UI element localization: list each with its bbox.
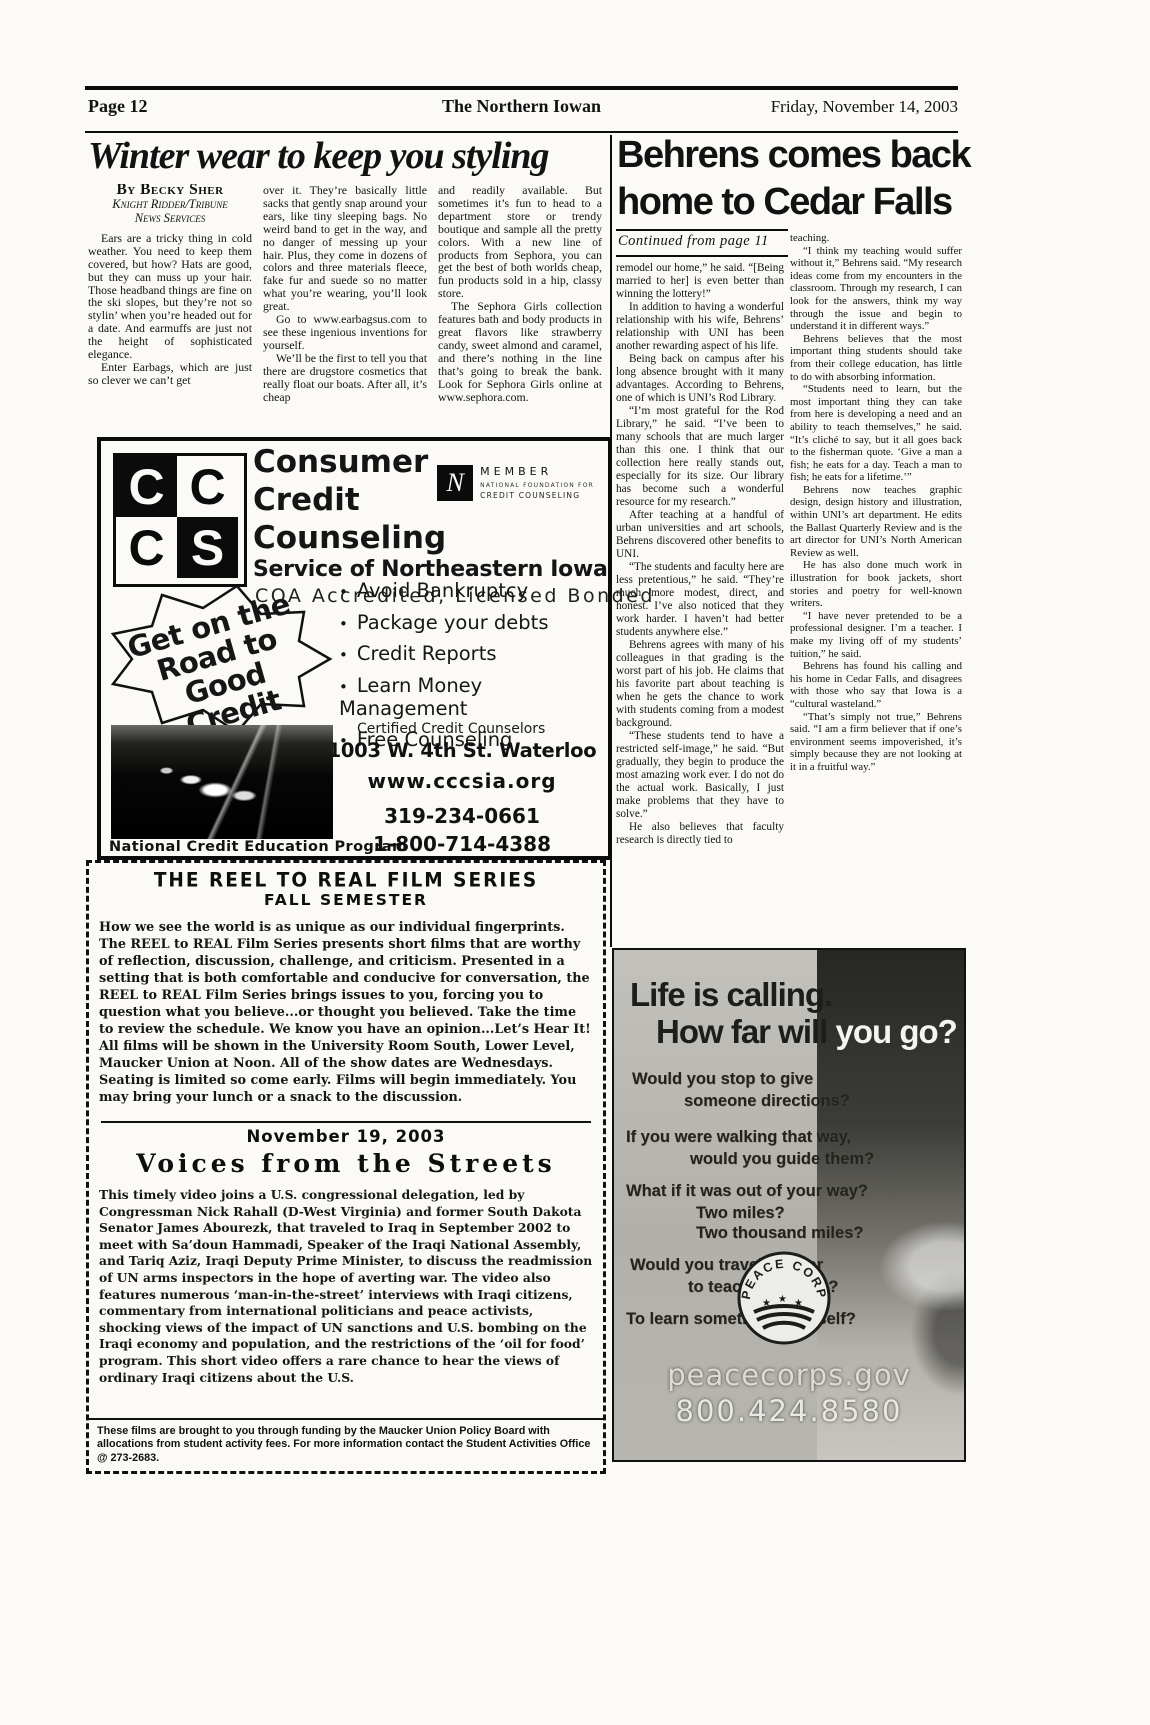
article-paragraph: teaching. — [790, 232, 962, 245]
continued-from-note: Continued from page 11 — [618, 233, 769, 250]
cccs-title-line1: Consumer — [253, 443, 446, 481]
article-paragraph: Enter Earbags, which are just so clever … — [88, 361, 252, 387]
film-series-divider — [101, 1121, 591, 1123]
winter-article-column-1: By Becky Sher Knight Ridder/Tribune News… — [88, 184, 252, 434]
article-paragraph: He has also done much work in illustrati… — [790, 559, 962, 609]
night-road-photo — [111, 725, 333, 839]
article-paragraph: “I think my teaching would suffer withou… — [790, 245, 962, 333]
peace-corps-url: peacecorps.gov — [614, 1358, 964, 1392]
cccs-title: Consumer Credit Counseling — [253, 443, 446, 557]
winter-article-column-2: over it. They’re basically little sacks … — [263, 184, 427, 434]
article-paragraph: Behrens agrees with many of his colleagu… — [616, 639, 784, 730]
article-paragraph: “These students tend to have a restricte… — [616, 730, 784, 821]
behrens-headline-line1: Behrens comes back — [617, 133, 970, 178]
behrens-article-column-2: teaching. “I think my teaching would suf… — [790, 232, 962, 946]
list-item: Credit Reports — [339, 642, 608, 665]
continued-rule-top — [616, 229, 788, 231]
article-paragraph: and readily available. But sometimes it’… — [438, 184, 602, 300]
article-paragraph: Go to www.earbagsus.com to see these ing… — [263, 313, 427, 352]
article-paragraph: Being back on campus after his long abse… — [616, 353, 784, 405]
cccs-phone-local: 319-234-0661 — [323, 804, 601, 828]
pc-question: Would you stop to give — [632, 1070, 813, 1089]
pc-question: Two thousand miles? — [696, 1224, 863, 1243]
list-item: Learn Money Management — [339, 674, 608, 720]
film-funding-note: These films are brought to you through f… — [89, 1418, 603, 1472]
pc-headline-light: you go? — [836, 1013, 957, 1050]
article-paragraph: In addition to having a wonderful relati… — [616, 301, 784, 353]
winter-article-headline: Winter wear to keep you styling — [88, 134, 549, 178]
cccs-logo: C C C S — [113, 453, 247, 587]
cccs-website: www.cccsia.org — [323, 769, 601, 793]
film-event-description: This timely video joins a U.S. congressi… — [99, 1187, 593, 1386]
certified-counselors-note: Certified Credit Counselors — [357, 721, 545, 737]
star-icon: ★ — [762, 1298, 771, 1309]
list-item: Package your debts — [339, 611, 608, 634]
cccs-logo-letter: C — [177, 456, 238, 517]
cccs-footer-label: National Credit Education Program — [109, 839, 407, 855]
nfcc-member-badge: N MEMBER NATIONAL FOUNDATION FOR CREDIT … — [437, 465, 594, 501]
article-paragraph: After teaching at a handful of urban uni… — [616, 509, 784, 561]
film-series-box: The REEL to REAL Film Series Fall Semest… — [86, 860, 606, 1474]
pc-headline-dark: How far will — [656, 1013, 836, 1050]
article-paragraph: Behrens now teaches graphic design, desi… — [790, 484, 962, 560]
pc-headline-line2: How far will you go? — [656, 1013, 957, 1051]
pc-headline-line1: Life is calling. — [630, 976, 832, 1014]
article-paragraph: Ears are a tricky thing in cold weather.… — [88, 232, 252, 361]
article-paragraph: over it. They’re basically little sacks … — [263, 184, 427, 313]
article-paragraph: “Students need to learn, but the most im… — [790, 383, 962, 484]
behrens-headline-line2: home to Cedar Falls — [617, 180, 952, 225]
byline: By Becky Sher — [88, 184, 252, 197]
article-paragraph: “I have never pretended to be a professi… — [790, 610, 962, 660]
member-label: MEMBER — [480, 465, 594, 478]
article-paragraph: He also believes that faculty research i… — [616, 821, 784, 847]
cccs-address: 1003 W. 4th St. Waterloo — [323, 739, 601, 762]
cccs-advertisement: C C C S Consumer Credit Counseling Servi… — [97, 437, 612, 860]
cccs-logo-letter: S — [177, 517, 238, 578]
peace-corps-phone: 800.424.8580 — [614, 1394, 964, 1428]
pc-question: would you guide them? — [690, 1150, 874, 1169]
list-item: Avoid Bankruptcy — [339, 579, 608, 602]
article-paragraph: remodel our home,” he said. “[Being marr… — [616, 262, 784, 301]
byline-block: By Becky Sher Knight Ridder/Tribune News… — [88, 184, 252, 225]
continued-rule-bottom — [616, 255, 788, 257]
nfcc-logo-icon: N — [437, 465, 473, 501]
newspaper-page: Page 12 The Northern Iowan Friday, Novem… — [0, 0, 1150, 1725]
film-event-date: November 19, 2003 — [89, 1127, 603, 1146]
star-icon: ★ — [794, 1298, 803, 1309]
film-event-title: Voices from the Streets — [89, 1149, 603, 1178]
article-paragraph: Behrens has found his calling and his ho… — [790, 660, 962, 710]
cccs-logo-letter: C — [116, 517, 177, 578]
article-paragraph: “I’m most grateful for the Rod Library,”… — [616, 405, 784, 509]
member-sub2: CREDIT COUNSELING — [480, 491, 594, 500]
header-rule-top — [85, 86, 958, 90]
film-series-title: The REEL to REAL Film Series — [89, 869, 603, 891]
film-series-intro: How we see the world is as unique as our… — [99, 919, 593, 1106]
peace-corps-logo: PEACE CORPS ★ ★ ★ — [736, 1250, 832, 1346]
article-paragraph: “That’s simply not true,” Behrens said. … — [790, 711, 962, 774]
article-paragraph: The Sephora Girls collection features ba… — [438, 300, 602, 403]
starburst-graphic: Get on the Road to Good Credit — [103, 579, 339, 741]
pc-question: What if it was out of your way? — [626, 1182, 868, 1201]
star-icon: ★ — [778, 1294, 787, 1305]
cccs-title-line3: Counseling — [253, 519, 446, 557]
article-paragraph: Behrens believes that the most important… — [790, 333, 962, 383]
pc-question: If you were walking that way, — [626, 1128, 851, 1147]
nfcc-member-text: MEMBER NATIONAL FOUNDATION FOR CREDIT CO… — [480, 465, 594, 500]
issue-date: Friday, November 14, 2003 — [771, 97, 958, 117]
winter-article-column-3: and readily available. But sometimes it’… — [438, 184, 602, 434]
cccs-title-line2: Credit — [253, 481, 446, 519]
byline-org-line2: News Services — [88, 211, 252, 225]
pc-question: someone directions? — [684, 1092, 850, 1111]
pc-question: Two miles? — [696, 1204, 785, 1223]
article-paragraph: We’ll be the first to tell you that ther… — [263, 352, 427, 404]
byline-org-line1: Knight Ridder/Tribune — [88, 197, 252, 211]
peace-corps-advertisement: Life is calling. How far will you go? Wo… — [612, 948, 966, 1462]
member-sub1: NATIONAL FOUNDATION FOR — [480, 482, 594, 489]
cccs-logo-letter: C — [116, 456, 177, 517]
film-series-subtitle: Fall Semester — [89, 891, 603, 909]
